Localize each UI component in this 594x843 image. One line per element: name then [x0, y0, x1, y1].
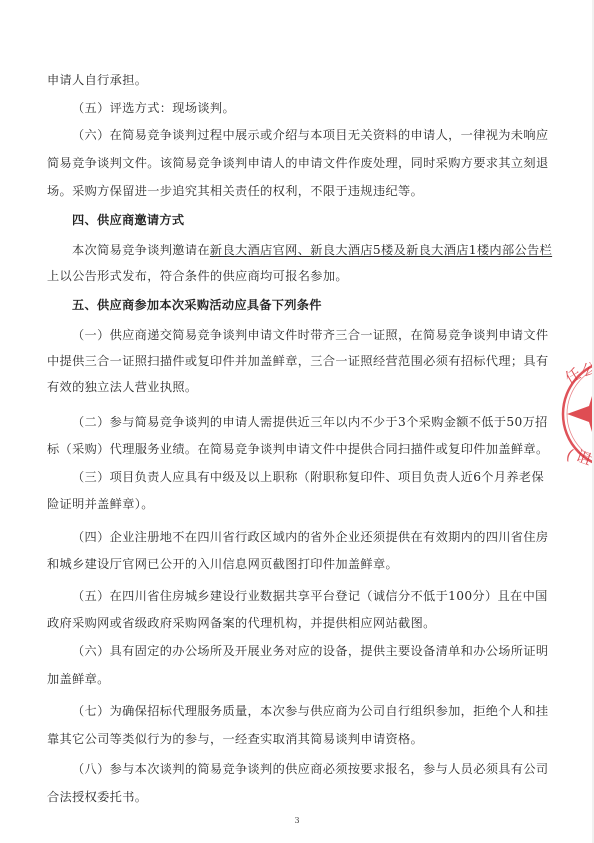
- text-line: 和城乡建设厅官网已公开的入川信息网页截图打印件加盖鲜章。: [47, 556, 398, 572]
- text-line: 政府采购网或省级政府采购网备案的代理机构，并提供相应网站截图。: [47, 615, 436, 631]
- announcement-locations: 新良大酒店官网、新良大酒店5楼及新良大酒店1楼内部公告栏: [210, 243, 552, 257]
- condition-item-7: （七）为确保招标代理服务质量，本次参与供应商为公司自行组织参加，拒绝个人和挂: [72, 703, 548, 719]
- condition-item-4: （四）企业注册地不在四川省行政区域内的省外企业还须提供在有效期内的四川省住房: [72, 529, 548, 545]
- section-heading-5: 五、供应商参加本次采购活动应具备下列条件: [72, 297, 322, 313]
- invite-prefix: 本次简易竞争谈判邀请在: [72, 243, 210, 257]
- text-line: 合法授权委托书。: [47, 789, 147, 805]
- text-line: （五）评选方式：现场谈判。: [72, 100, 235, 116]
- text-line: 中提供三合一证照扫描件或复印件并加盖鲜章，三合一证照经营范围必须有招标代理；具有: [47, 353, 549, 369]
- condition-item-8: （八）参与本次谈判的简易竞争谈判的供应商必须按要求报名，参与人员必须具有公司: [72, 761, 548, 777]
- text-line: 申请人自行承担。: [47, 72, 147, 88]
- condition-item-2: （二）参与简易竞争谈判的申请人需提供近三年以内不少于3个采购金额不低于50万招: [72, 414, 548, 430]
- text-line: 简易竞争谈判文件。该简易竞争谈判申请人的申请文件作废处理，同时采购方要求其立刻退: [47, 155, 549, 171]
- text-line: 有效的独立法人营业执照。: [47, 379, 197, 395]
- text-line: 加盖鲜章。: [47, 671, 110, 687]
- text-line: 上以公告形式发布，符合条件的供应商均可报名参加。: [47, 268, 348, 284]
- text-line: 险证明并盖鲜章）。: [47, 496, 154, 512]
- text-line: 场。采购方保留进一步追究其相关责任的权利，不限于违规违纪等。: [47, 183, 423, 199]
- page-number: 3: [0, 816, 594, 825]
- condition-item-6: （六）具有固定的办公场所及开展业务对应的设备，提供主要设备清单和办公场所证明: [72, 643, 548, 659]
- condition-item-3: （三）项目负责人应具有中级及以上职称（附职称复印件、项目负责人近6个月养老保: [72, 469, 544, 485]
- condition-item-5: （五）在四川省住房城乡建设行业数据共享平台登记（诚信分不低于100分）且在中国: [72, 588, 548, 604]
- section-heading-4: 四、供应商邀请方式: [72, 212, 184, 228]
- text-line: （六）在简易竞争谈判过程中展示或介绍与本项目无关资料的申请人，一律视为未响应: [72, 127, 548, 143]
- document-page: 申请人自行承担。 （五）评选方式：现场谈判。 （六）在简易竞争谈判过程中展示或介…: [0, 0, 594, 843]
- red-seal-icon: 任 公 ( 诅: [555, 358, 594, 470]
- text-line: 本次简易竞争谈判邀请在新良大酒店官网、新良大酒店5楼及新良大酒店1楼内部公告栏: [72, 242, 552, 258]
- condition-item-1: （一）供应商递交简易竞争谈判申请文件时带齐三合一证照，在简易竞争谈判申请文件: [72, 327, 548, 343]
- text-line: 靠其它公司等类似行为的参与，一经查实取消其简易谈判申请资格。: [47, 731, 423, 747]
- text-line: 标（采购）代理服务业绩。在简易竞争谈判申请文件中提供合同扫描件或复印件加盖鲜章。: [47, 441, 549, 457]
